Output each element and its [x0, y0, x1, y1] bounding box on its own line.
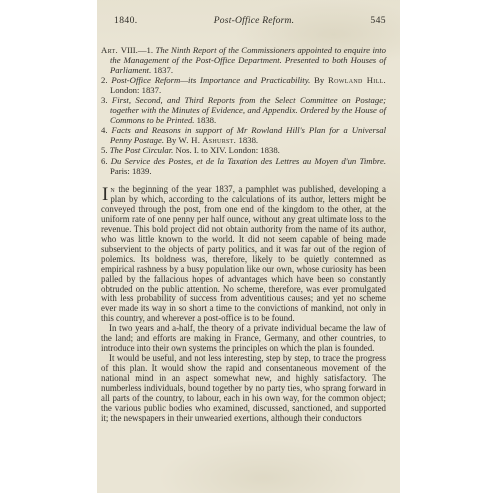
- body-paragraph: In two years and a-half, the theory of a…: [101, 324, 386, 354]
- scanned-book-page: 1840. Post-Office Reform. 545 Art. VIII.…: [97, 0, 400, 493]
- bibliography-text-segment: London: 1837.: [110, 85, 161, 95]
- bibliography-text-segment: Du Service des Postes, et de la Taxation…: [111, 156, 386, 166]
- body-paragraph: In the beginning of the year 1837, a pam…: [101, 185, 386, 324]
- lead-small-cap: n: [110, 184, 115, 194]
- header-page-number: 545: [370, 15, 386, 26]
- header-year: 1840.: [114, 15, 138, 26]
- bibliography-text-segment: VIII.—1.: [121, 45, 156, 55]
- bibliography-text-segment: 6.: [101, 156, 111, 166]
- bibliography-text-segment: Nos. I. to XIV. London: 1838.: [176, 145, 280, 155]
- bibliography-text-segment: 1837.: [153, 65, 173, 75]
- bibliography-item: 5. The Post Circular. Nos. I. to XIV. Lo…: [110, 145, 386, 155]
- drop-cap: I: [101, 185, 110, 202]
- page-header: 1840. Post-Office Reform. 545: [101, 15, 386, 26]
- bibliography-item: 3. First, Second, and Third Reports from…: [110, 95, 386, 125]
- bibliography-text-segment: W. H. Ashurst.: [179, 135, 239, 145]
- bibliography-text-segment: 5.: [101, 145, 110, 155]
- bibliography-text-segment: 4.: [101, 125, 112, 135]
- bibliography-text-segment: 3.: [101, 95, 112, 105]
- bibliography-text-segment: Art.: [101, 45, 121, 55]
- bibliography-text-segment: By: [314, 75, 328, 85]
- bibliography-text-segment: The Post Circular.: [110, 145, 176, 155]
- bibliography-text-segment: First, Second, and Third Reports from th…: [110, 95, 386, 125]
- bibliography-item: 6. Du Service des Postes, et de la Taxat…: [110, 156, 386, 176]
- body-paragraph: It would be useful, and not less interes…: [101, 354, 386, 424]
- bibliography-text-segment: 2.: [101, 75, 111, 85]
- bibliography-text-segment: Post-Office Reform—its Importance and Pr…: [111, 75, 314, 85]
- bibliography-text-segment: By: [166, 135, 178, 145]
- bibliography-text-segment: Rowland Hill.: [328, 75, 386, 85]
- header-running-title: Post-Office Reform.: [138, 15, 371, 26]
- screenshot-canvas: 1840. Post-Office Reform. 545 Art. VIII.…: [0, 0, 500, 500]
- bibliography-item: 4. Facts and Reasons in support of Mr Ro…: [110, 125, 386, 145]
- bibliography-item: 2. Post-Office Reform—its Importance and…: [110, 75, 386, 95]
- bibliography-text-segment: 1838.: [197, 115, 217, 125]
- bibliography-text-segment: Paris: 1839.: [110, 166, 152, 176]
- bibliography-list: Art. VIII.—1. The Ninth Report of the Co…: [101, 45, 386, 176]
- bibliography-text-segment: 1838.: [239, 135, 259, 145]
- bibliography-item: Art. VIII.—1. The Ninth Report of the Co…: [110, 45, 386, 75]
- article-body: In the beginning of the year 1837, a pam…: [101, 185, 386, 424]
